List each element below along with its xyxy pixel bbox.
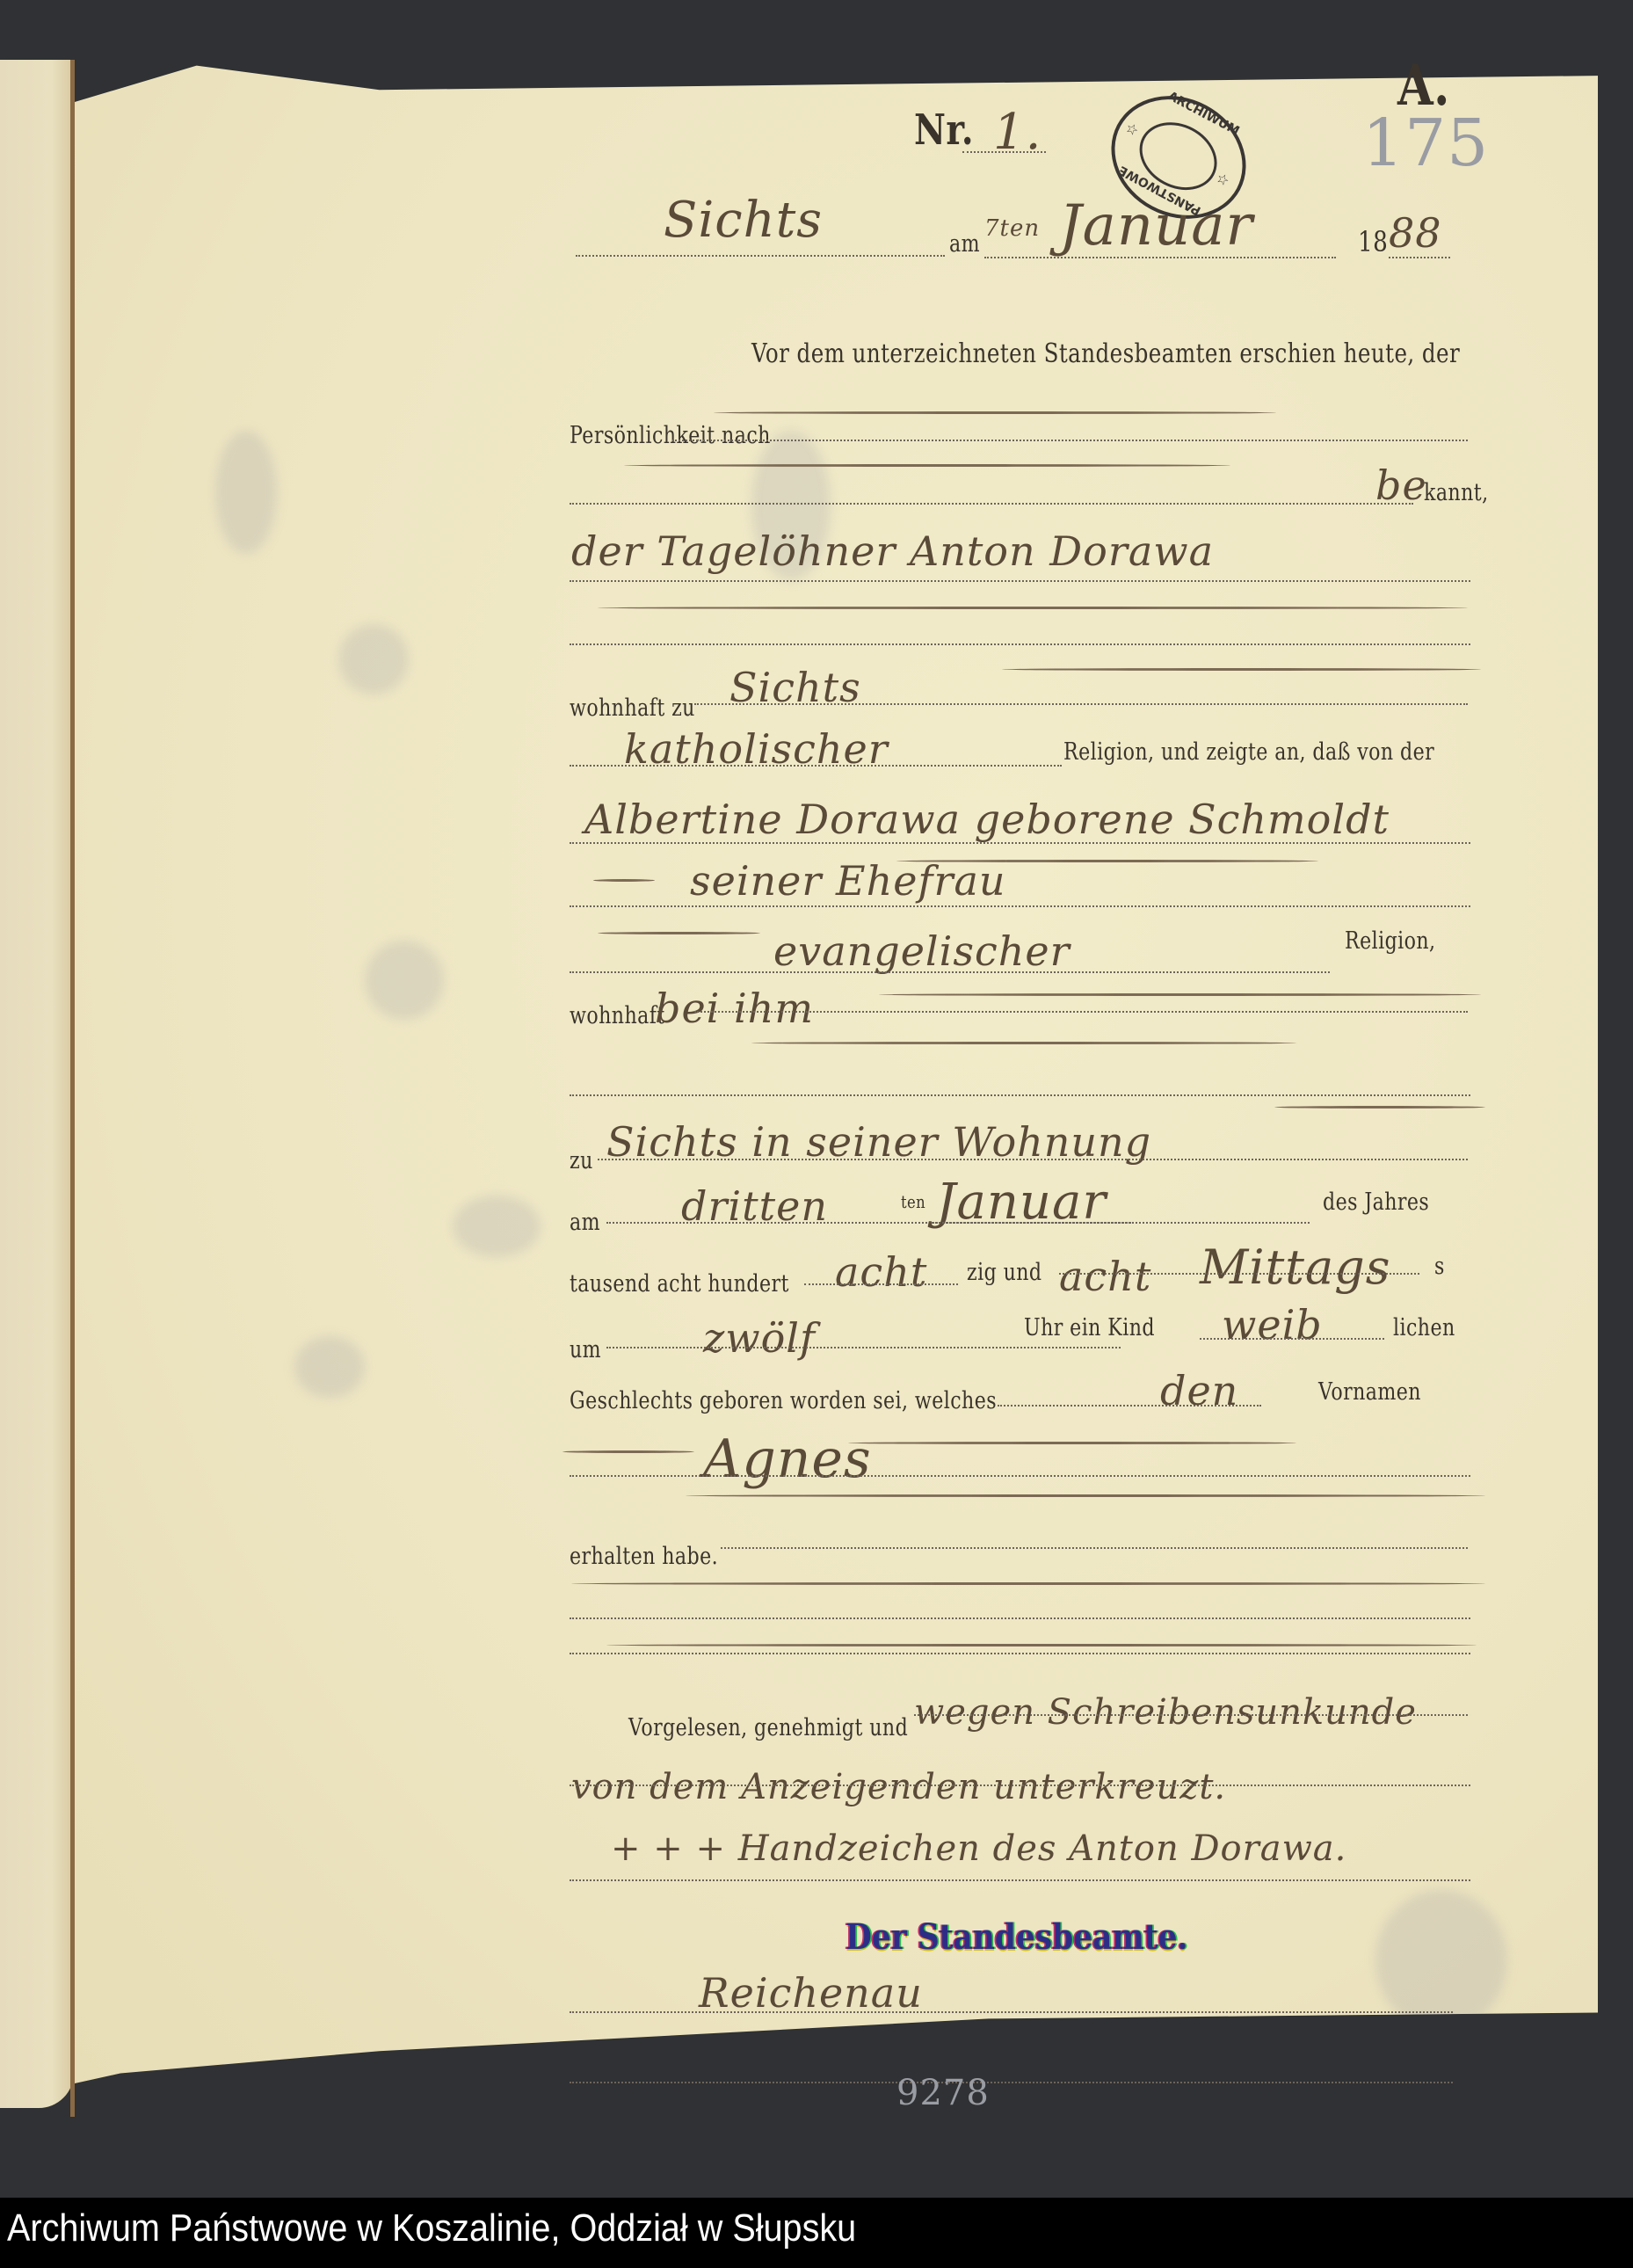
dotted-line	[570, 1475, 1470, 1477]
dash-stroke	[686, 1494, 1485, 1497]
caption-bar: Archiwum Państwowe w Koszalinie, Oddział…	[0, 2198, 1633, 2268]
closing-handwritten-2: von dem Anzeigenden unterkreuzt.	[571, 1767, 1226, 1807]
dotted-line	[606, 1347, 1121, 1348]
gender-clause: Geschlechts geboren worden sei, welches	[570, 1387, 997, 1414]
dash-stroke	[714, 411, 1276, 414]
book-gutter	[70, 60, 75, 2117]
dotted-line	[570, 503, 1413, 505]
year-tens: acht	[835, 1248, 927, 1296]
identity-label: Persönlichkeit nach	[570, 422, 771, 449]
dotted-line	[694, 1011, 1468, 1013]
dotted-line	[570, 1653, 1470, 1654]
mother-religion: evangelischer	[773, 927, 1071, 975]
year-units: acht	[1059, 1253, 1151, 1300]
dash-stroke	[606, 1644, 1477, 1646]
child-sex-suffix: lichen	[1393, 1314, 1455, 1341]
dotted-line	[570, 905, 1470, 907]
mother-residence: bei ihm	[655, 985, 814, 1032]
birthplace-label: zu	[570, 1147, 593, 1174]
dash-stroke	[879, 993, 1481, 996]
dotted-line	[1059, 1273, 1419, 1275]
received-label: erhalten habe.	[570, 1543, 718, 1570]
dotted-line	[804, 1283, 958, 1285]
closing-handwritten-1: wegen Schreibensunkunde	[914, 1692, 1417, 1733]
dotted-line	[570, 580, 1470, 582]
religion-clause: Religion, und zeigte an, daß von der	[1063, 738, 1434, 766]
mother-name: Albertine Dorawa geborene Schmoldt	[584, 796, 1390, 843]
dotted-line	[932, 1222, 1310, 1224]
dotted-line	[570, 1617, 1470, 1619]
dash-stroke	[624, 464, 1230, 467]
place-handwritten: Sichts	[664, 192, 823, 249]
dash-stroke	[593, 879, 655, 882]
mother-religion-label: Religion,	[1345, 927, 1436, 955]
year-words-label: tausend acht hundert	[570, 1270, 789, 1298]
hour-label: um	[570, 1336, 601, 1363]
given-name: Agnes	[703, 1428, 872, 1490]
dotted-line	[570, 1879, 1470, 1881]
dash-stroke	[598, 607, 1468, 609]
dotted-line	[570, 971, 1330, 973]
dash-stroke	[848, 1442, 1296, 1444]
intro-line: Vor dem unterzeichneten Standesbeamten e…	[751, 338, 1460, 369]
dash-stroke	[1002, 668, 1481, 671]
time-suffix: s	[1434, 1253, 1445, 1280]
dotted-line	[694, 703, 1468, 705]
registrar-signature: Reichenau	[699, 1969, 923, 2017]
dotted-line	[570, 643, 1470, 645]
dash-stroke	[571, 1582, 1485, 1585]
dotted-line	[570, 2082, 1453, 2083]
dotted-line	[1200, 1338, 1384, 1340]
dotted-line	[570, 842, 1470, 844]
dash-stroke	[1274, 1106, 1485, 1109]
dotted-line	[570, 1094, 1470, 1096]
date-day: 7ten	[984, 215, 1040, 242]
closing-handwritten-3: + + + Handzeichen des Anton Dorawa.	[611, 1828, 1346, 1869]
dash-stroke	[598, 932, 760, 934]
archive-caption: Archiwum Państwowe w Koszalinie, Oddział…	[7, 2206, 856, 2250]
given-names-label: Vornamen	[1318, 1378, 1421, 1406]
dash-stroke	[562, 1450, 694, 1453]
dotted-line	[598, 1159, 1468, 1160]
child-label: Uhr ein Kind	[1024, 1314, 1155, 1341]
informant-name: der Tagelöhner Anton Dorawa	[571, 527, 1214, 575]
zig-und-label: zig und	[967, 1259, 1042, 1286]
date-month: Januar	[1059, 193, 1253, 258]
dotted-line	[721, 1547, 1468, 1549]
mother-residence-label: wohnhaft	[570, 1002, 665, 1029]
dotted-line	[1389, 257, 1450, 258]
scan-viewer: A. 175 Nr. 1. ARCHIWUM PANSTWOWE ☆ ☆ Sic…	[0, 0, 1633, 2198]
dotted-line	[570, 765, 1062, 767]
year-prefix: 18	[1358, 225, 1388, 258]
dotted-line	[576, 255, 945, 257]
identity-suffix-printed: kannt,	[1424, 479, 1489, 506]
dash-stroke	[751, 1042, 1296, 1044]
am-label: am	[949, 230, 980, 258]
dotted-line	[962, 151, 1046, 153]
given-names-article: den	[1160, 1367, 1238, 1414]
residence-label: wohnhaft zu	[570, 694, 695, 722]
bottom-pencil-note: 9278	[896, 2073, 990, 2113]
year-suffix: 88	[1389, 209, 1442, 257]
dotted-line	[570, 2011, 1453, 2013]
left-page-edge	[0, 60, 74, 2108]
dotted-line	[984, 257, 1336, 258]
birth-day-suffix: ten	[901, 1191, 925, 1212]
mother-relation: seiner Ehefrau	[690, 857, 1006, 905]
hour-value: zwölf	[703, 1314, 816, 1362]
dotted-line	[914, 1714, 1468, 1716]
dotted-line	[570, 1785, 1470, 1786]
registrar-title: Der Standesbeamte.	[846, 1916, 1188, 1958]
archive-number-pencil: 175	[1362, 105, 1489, 181]
closing-label: Vorgelesen, genehmigt und	[628, 1714, 908, 1741]
dotted-line	[672, 440, 1468, 441]
record-number-label: Nr.	[914, 105, 974, 155]
child-sex: weib	[1222, 1301, 1323, 1348]
identity-suffix-handwritten: be	[1375, 462, 1427, 509]
time-of-day: Mittags	[1200, 1239, 1390, 1295]
birth-day-label: am	[570, 1209, 600, 1236]
birth-year-label: des Jahres	[1323, 1189, 1429, 1216]
